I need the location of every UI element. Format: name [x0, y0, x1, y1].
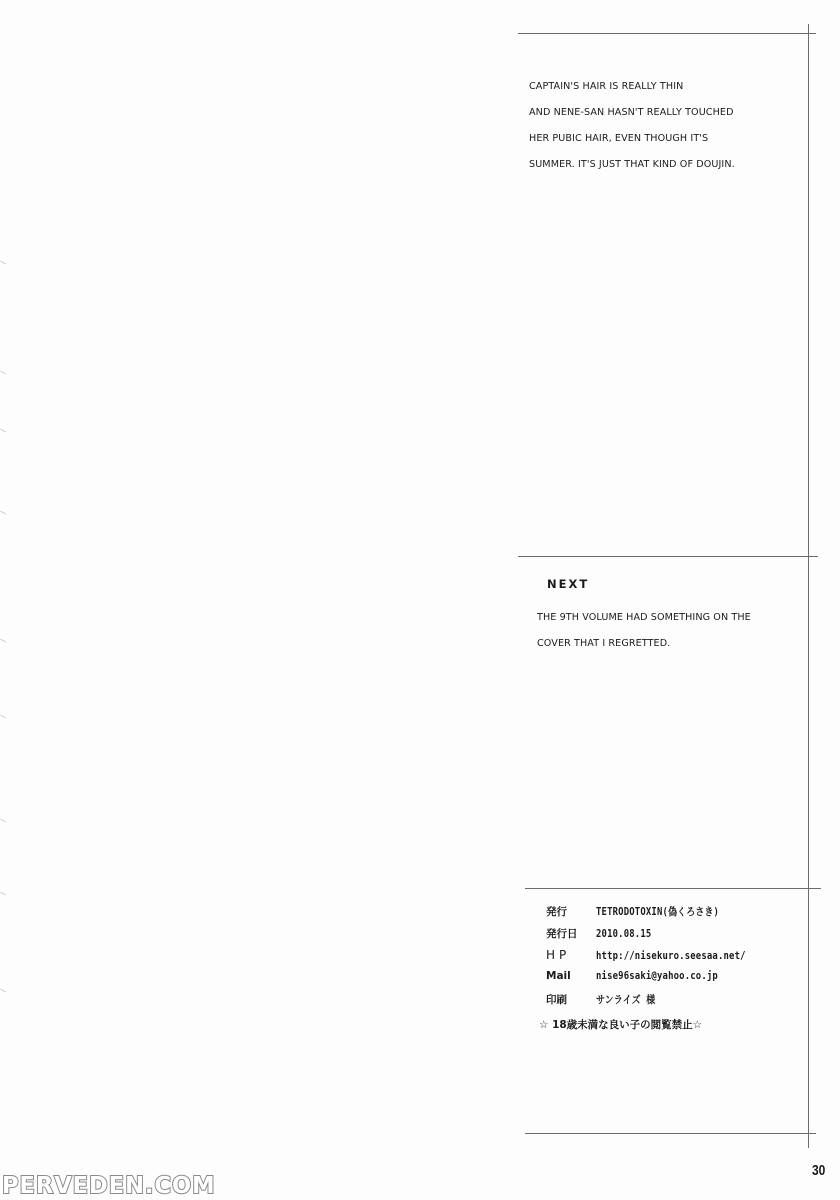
section-divider-top: [518, 33, 816, 34]
colophon-label: 発行: [546, 904, 596, 919]
colophon-value: TETRODOTOXIN(偽くろさき): [596, 904, 719, 919]
site-watermark: PERVEDEN.COM: [2, 1173, 216, 1199]
note-line: SUMMER. IT'S JUST THAT KIND OF DOUJIN.: [529, 158, 809, 171]
page-number: 30: [812, 1162, 825, 1179]
scan-mark: [0, 371, 6, 375]
homepage-link: http://nisekuro.seesaa.net/: [596, 950, 746, 962]
age-warning: ☆ 18歳未満な良い子の閲覧禁止☆: [539, 1017, 702, 1032]
scan-mark: [0, 892, 6, 896]
note-line: COVER THAT I REGRETTED.: [537, 637, 807, 650]
email-address: nise96saki@yahoo.co.jp: [596, 970, 718, 982]
colophon-row-homepage: HP http://nisekuro.seesaa.net/: [546, 948, 806, 970]
scan-mark: [0, 639, 6, 643]
colophon-label: HP: [546, 948, 596, 962]
colophon-value: サンライズ 様: [596, 992, 655, 1007]
scan-mark: [0, 511, 6, 515]
afterword-note: CAPTAIN'S HAIR IS REALLY THIN AND NENE-S…: [529, 67, 809, 184]
scan-mark: [0, 715, 6, 719]
colophon-label: 印刷: [546, 992, 596, 1007]
colophon-row-printer: 印刷 サンライズ 様: [546, 992, 806, 1014]
scan-mark: [0, 989, 6, 993]
colophon-label: 発行日: [546, 926, 596, 941]
colophon-value: 2010.08.15: [596, 928, 651, 940]
section-divider-colophon: [525, 888, 821, 889]
section-divider-next: [518, 556, 818, 557]
scan-mark: [0, 819, 6, 823]
colophon: 発行 TETRODOTOXIN(偽くろさき) 発行日 2010.08.15 HP…: [546, 904, 806, 1014]
note-line: HER PUBIC HAIR, EVEN THOUGH IT'S: [529, 132, 809, 145]
section-divider-bottom: [525, 1133, 816, 1134]
colophon-row-mail: Mail nise96saki@yahoo.co.jp: [546, 970, 806, 992]
colophon-row-publisher: 発行 TETRODOTOXIN(偽くろさき): [546, 904, 806, 926]
colophon-label: Mail: [546, 970, 596, 982]
page: CAPTAIN'S HAIR IS REALLY THIN AND NENE-S…: [0, 0, 840, 1200]
scan-mark: [0, 429, 6, 433]
note-line: AND NENE-SAN HASN'T REALLY TOUCHED: [529, 106, 809, 119]
colophon-row-date: 発行日 2010.08.15: [546, 926, 806, 948]
scan-mark: [0, 261, 6, 265]
next-note: THE 9TH VOLUME HAD SOMETHING ON THE COVE…: [537, 598, 807, 663]
note-line: CAPTAIN'S HAIR IS REALLY THIN: [529, 80, 809, 93]
vertical-frame-rule: [808, 24, 809, 1148]
note-line: THE 9TH VOLUME HAD SOMETHING ON THE: [537, 611, 807, 624]
next-heading: NEXT: [547, 577, 589, 591]
